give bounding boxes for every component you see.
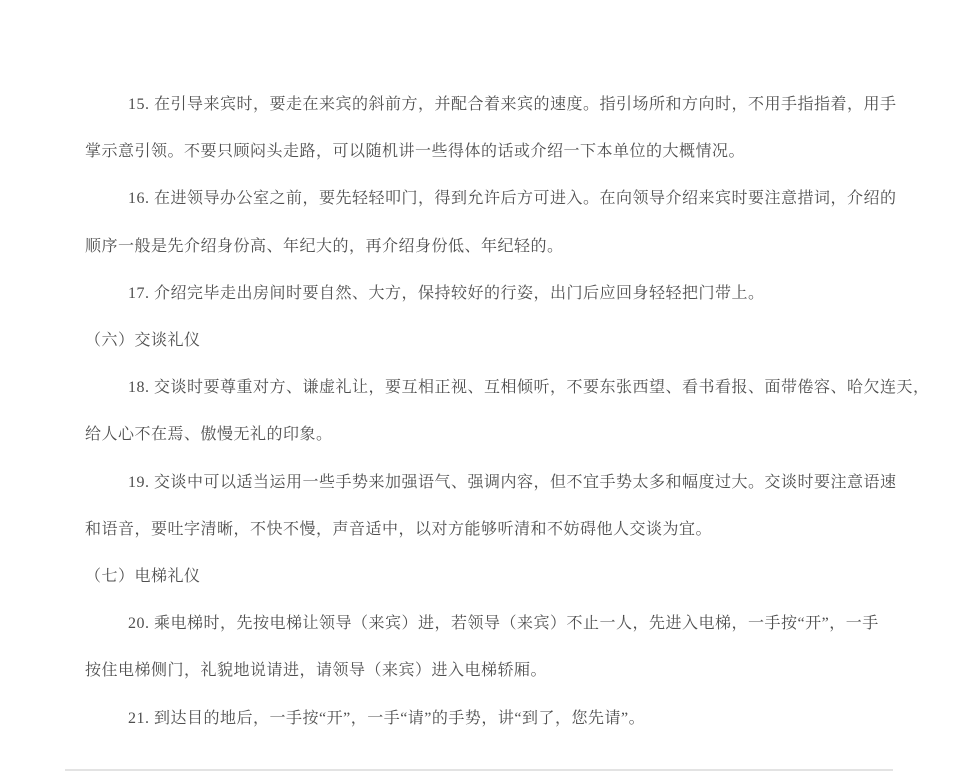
section-heading: （七）电梯礼仪: [85, 551, 915, 598]
document-body: 15. 在引导来宾时，要走在来宾的斜前方，并配合着来宾的速度。指引场所和方向时，…: [85, 79, 915, 740]
text-line: 掌示意引领。不要只顾闷头走路，可以随机讲一些得体的话或介绍一下本单位的大概情况。: [85, 126, 915, 173]
text-line: 18. 交谈时要尊重对方、谦虚礼让，要互相正视、互相倾听，不要东张西望、看书看报…: [85, 362, 915, 409]
text-line: 16. 在进领导办公室之前，要先轻轻叩门，得到允许后方可进入。在向领导介绍来宾时…: [85, 173, 915, 220]
text-line: 按住电梯侧门，礼貌地说请进，请领导（来宾）进入电梯轿厢。: [85, 645, 915, 692]
text-line: 21. 到达目的地后，一手按“开”，一手“请”的手势，讲“到了，您先请”。: [85, 692, 915, 739]
text-line: 给人心不在焉、傲慢无礼的印象。: [85, 409, 915, 456]
text-line: 15. 在引导来宾时，要走在来宾的斜前方，并配合着来宾的速度。指引场所和方向时，…: [85, 79, 915, 126]
section-heading: （六）交谈礼仪: [85, 315, 915, 362]
text-line: 17. 介绍完毕走出房间时要自然、大方，保持较好的行姿，出门后应回身轻轻把门带上…: [85, 268, 915, 315]
text-line: 顺序一般是先介绍身份高、年纪大的，再介绍身份低、年纪轻的。: [85, 221, 915, 268]
text-line: 20. 乘电梯时，先按电梯让领导（来宾）进，若领导（来宾）不止一人，先进入电梯，…: [85, 598, 915, 645]
text-line: 19. 交谈中可以适当运用一些手势来加强语气、强调内容，但不宜手势太多和幅度过大…: [85, 457, 915, 504]
text-line: 和语音，要吐字清晰，不快不慢，声音适中，以对方能够听清和不妨碍他人交谈为宜。: [85, 504, 915, 551]
page-divider: [65, 769, 893, 771]
